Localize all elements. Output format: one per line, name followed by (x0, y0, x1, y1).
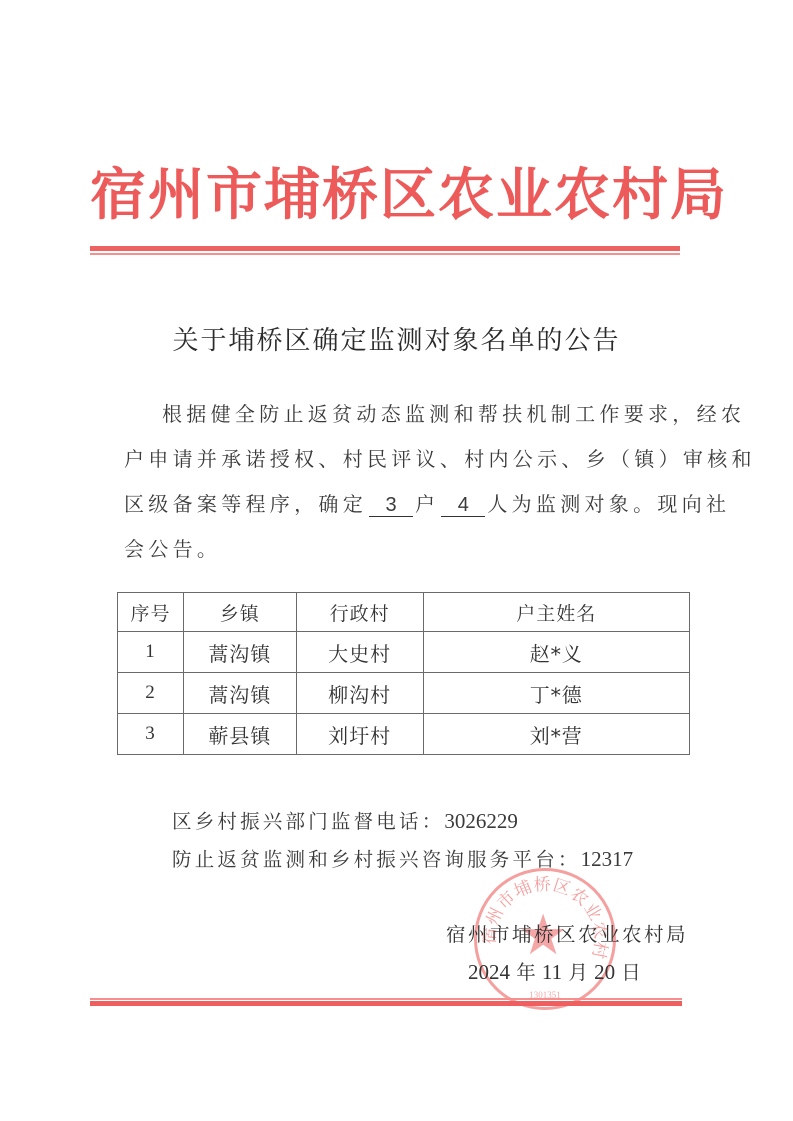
cell-village: 刘圩村 (296, 714, 423, 755)
column-header-household-head: 户主姓名 (423, 593, 690, 632)
signature-organization: 宿州市埔桥区农业农村局 (446, 920, 688, 950)
households-unit: 户 (415, 492, 439, 516)
organization-letterhead: 宿州市埔桥区农业农村局 (90, 155, 682, 235)
cell-village: 大史村 (296, 632, 423, 673)
date-day: 20 (594, 960, 615, 984)
notice-title: 关于埔桥区确定监测对象名单的公告 (120, 321, 673, 361)
date-day-unit: 日 (621, 961, 641, 984)
cell-town: 蕲县镇 (183, 714, 296, 755)
cell-town: 蒿沟镇 (183, 673, 296, 714)
date-month: 11 (542, 960, 562, 984)
supervision-phone-label: 区乡村振兴部门监督电话： (172, 810, 444, 833)
date-year: 2024 (468, 960, 510, 984)
column-header-town: 乡镇 (183, 593, 296, 632)
notice-body: 根据健全防止返贫动态监测和帮扶机制工作要求，经农 户申请并承诺授权、村民评议、村… (124, 392, 672, 572)
cell-number: 3 (118, 714, 184, 755)
letterhead-divider-thin (90, 253, 680, 255)
supervision-phone-number: 3026229 (444, 809, 518, 833)
cell-household-head: 丁*德 (423, 673, 690, 714)
cell-number: 1 (118, 632, 184, 673)
date-month-unit: 月 (568, 961, 588, 984)
date-year-unit: 年 (516, 961, 536, 984)
cell-town: 蒿沟镇 (183, 632, 296, 673)
cell-household-head: 刘*营 (423, 714, 690, 755)
persons-count: 4 (441, 494, 485, 517)
table-header-row: 序号 乡镇 行政村 户主姓名 (118, 593, 690, 632)
body-line-2: 户申请并承诺授权、村民评议、村内公示、乡（镇）审核和 (124, 437, 672, 482)
column-header-village: 行政村 (296, 593, 423, 632)
monitoring-roster-table: 序号 乡镇 行政村 户主姓名 1 蒿沟镇 大史村 赵*义 2 蒿沟镇 柳沟村 丁… (117, 592, 690, 755)
body-line-3-suffix: 人为监测对象。现向社 (487, 492, 730, 516)
cell-number: 2 (118, 673, 184, 714)
supervision-phone-line: 区乡村振兴部门监督电话：3026229 (172, 806, 518, 837)
table-row: 1 蒿沟镇 大史村 赵*义 (118, 632, 690, 673)
body-line-3: 区级备案等程序，确定3户4人为监测对象。现向社 (124, 482, 672, 527)
letterhead-divider-thick (90, 246, 680, 251)
cell-household-head: 赵*义 (423, 632, 690, 673)
body-line-1: 根据健全防止返贫动态监测和帮扶机制工作要求，经农 (124, 392, 672, 437)
table-row: 3 蕲县镇 刘圩村 刘*营 (118, 714, 690, 755)
signature-date: 2024 年 11 月 20 日 (468, 957, 641, 988)
column-header-number: 序号 (118, 593, 184, 632)
footer-divider-thin (90, 998, 682, 1000)
cell-village: 柳沟村 (296, 673, 423, 714)
body-line-3-prefix: 区级备案等程序，确定 (124, 492, 367, 516)
table-row: 2 蒿沟镇 柳沟村 丁*德 (118, 673, 690, 714)
footer-divider-thick (90, 1001, 682, 1006)
body-line-4: 会公告。 (124, 527, 672, 572)
households-count: 3 (369, 494, 413, 517)
